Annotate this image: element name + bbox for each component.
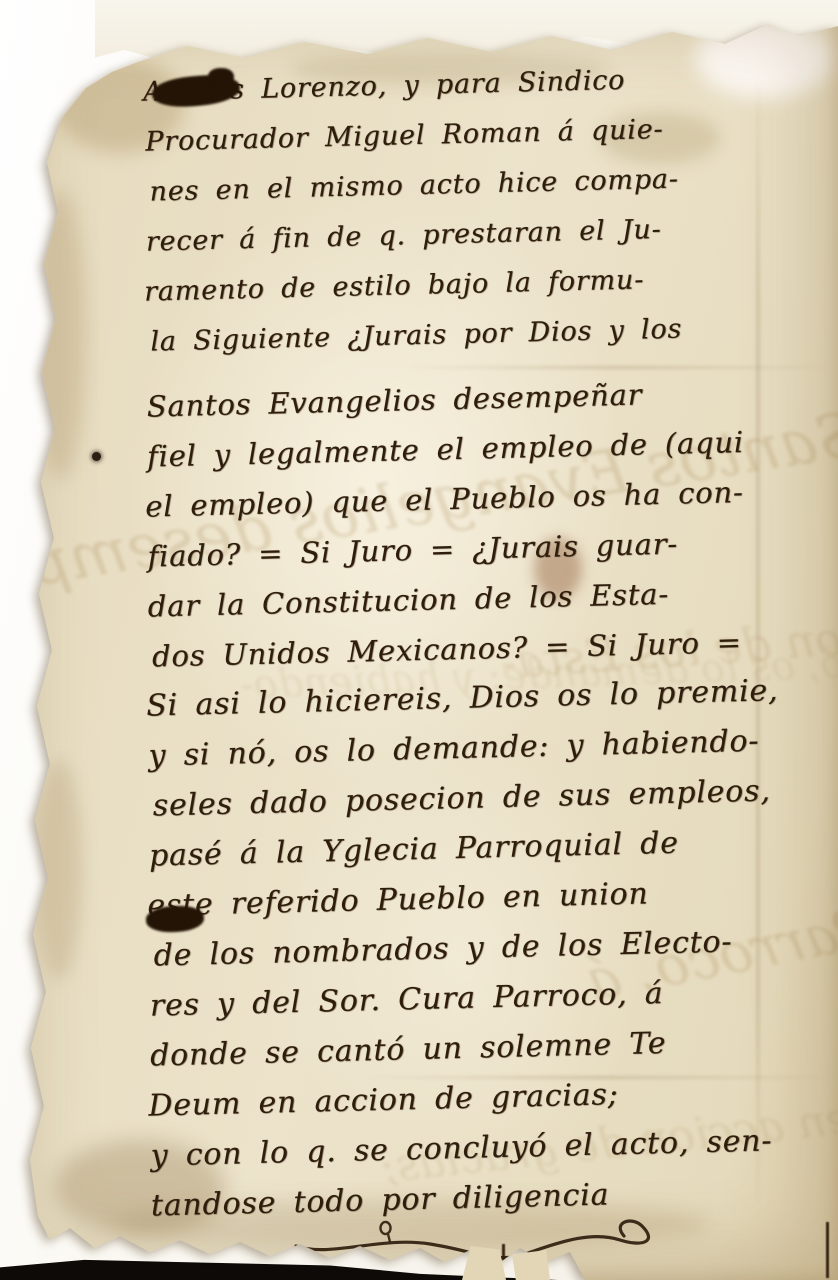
paper-sheet: Santos Evangelios desempeñar dar la Cons… [0,0,838,1280]
paper-sheet-wrap: Santos Evangelios desempeñar dar la Cons… [0,0,838,1280]
folio-number-pencil: 6v [579,13,610,39]
manuscript-text-block: Andres Lorenzo, y para Sindico Procurado… [145,64,751,1231]
ink-tick-mark [826,1222,829,1278]
ink-blot [208,68,234,86]
manuscript-scan-page: Santos Evangelios desempeñar dar la Cons… [0,0,838,1280]
torn-paper-fragment [512,1250,550,1280]
paper-hole-mark [92,452,101,461]
